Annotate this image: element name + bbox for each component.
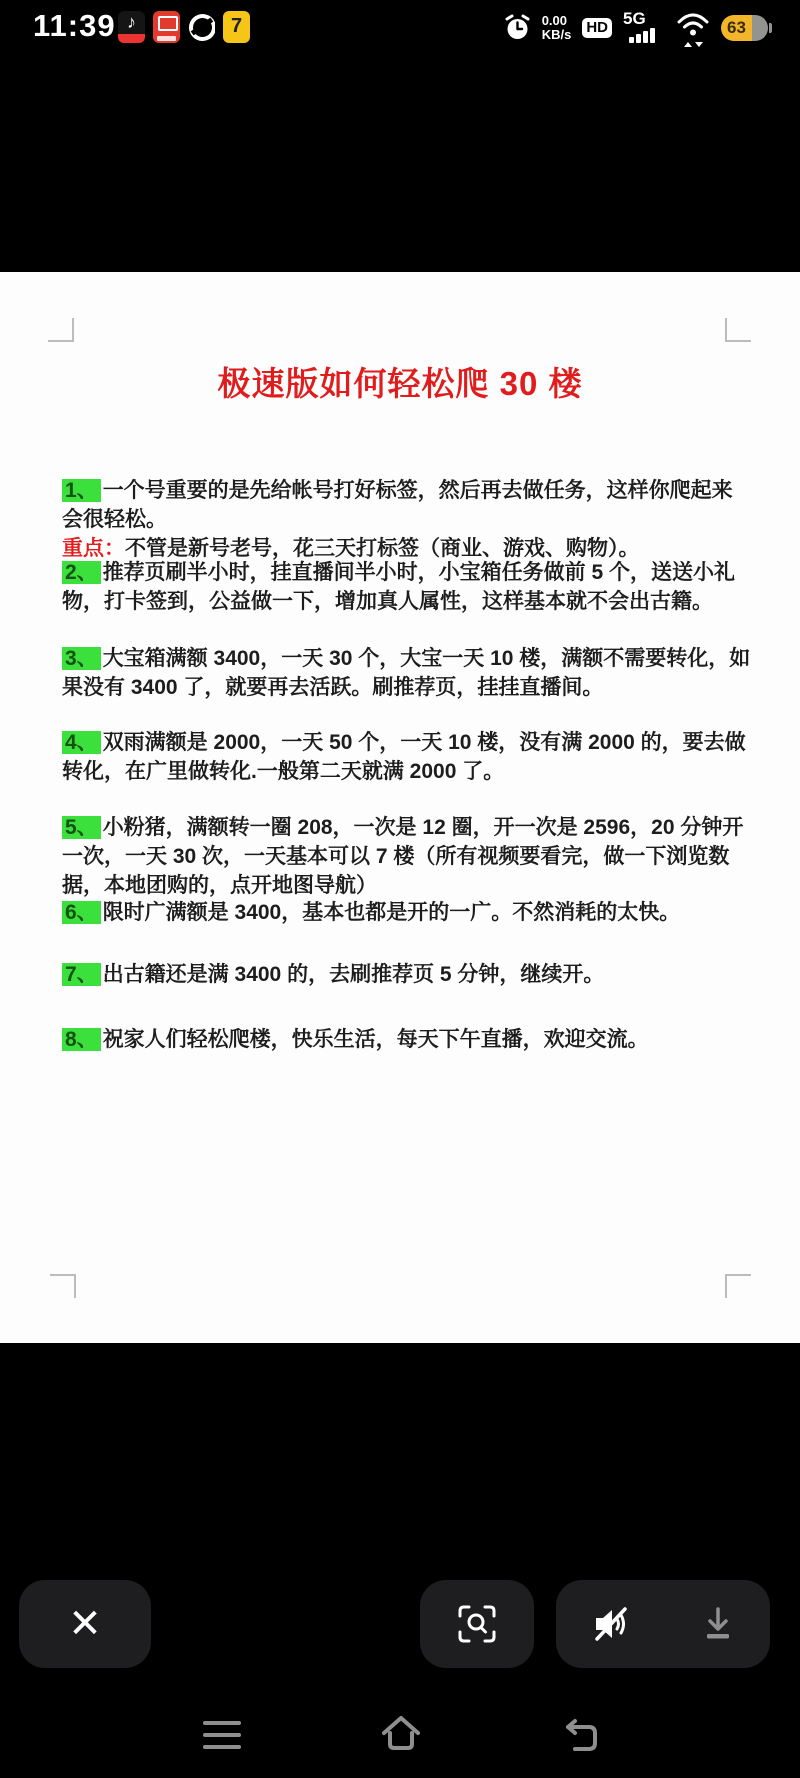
- list-item: 1、一个号重要的是先给帐号打好标签，然后再去做任务，这样你爬起来会很轻松。 重点…: [62, 476, 752, 563]
- battery-indicator: 63: [721, 15, 772, 41]
- seven-app-icon: 7: [223, 11, 250, 43]
- nav-back-button[interactable]: [560, 1718, 602, 1759]
- list-item: 2、推荐页刷半小时，挂直播间半小时，小宝箱任务做前 5 个，送送小礼物，打卡签到…: [62, 558, 752, 616]
- close-icon: ✕: [68, 1604, 102, 1644]
- mute-button[interactable]: [589, 1602, 633, 1646]
- list-item: 6、限时广满额是 3400，基本也都是开的一广。不然消耗的太快。: [62, 898, 752, 927]
- margin-mark-top-left: [48, 318, 74, 342]
- item-text: 一个号重要的是先给帐号打好标签，然后再去做任务，这样你爬起来会很轻松。: [62, 479, 733, 531]
- status-indicators: 0.00 KB/s HD 5G: [504, 0, 772, 55]
- item-number-highlight: 4、: [62, 731, 101, 754]
- douyin-app-icon: ♪: [118, 11, 145, 43]
- item-text: 大宝箱满额 3400，一天 30 个，大宝一天 10 楼，满额不需要转化，如果没…: [62, 647, 750, 699]
- image-search-button[interactable]: [420, 1580, 534, 1668]
- close-button[interactable]: ✕: [19, 1580, 151, 1668]
- list-item: 4、双雨满额是 2000，一天 50 个，一天 10 楼，没有满 2000 的，…: [62, 728, 752, 786]
- item-text: 限时广满额是 3400，基本也都是开的一广。不然消耗的太快。: [103, 901, 681, 924]
- list-item: 7、出古籍还是满 3400 的，去刷推荐页 5 分钟，继续开。: [62, 960, 752, 989]
- margin-mark-top-right: [725, 318, 751, 342]
- alarm-clock-icon: [504, 14, 531, 42]
- image-search-icon: [455, 1602, 499, 1646]
- list-item: 3、大宝箱满额 3400，一天 30 个，大宝一天 10 楼，满额不需要转化，如…: [62, 644, 752, 702]
- wifi-icon: [676, 11, 710, 45]
- ring-app-icon: [188, 11, 215, 43]
- item-number-highlight: 8、: [62, 1028, 101, 1051]
- mute-icon: [589, 1602, 633, 1646]
- back-icon: [560, 1718, 602, 1754]
- hd-badge: HD: [582, 18, 612, 38]
- page-title: 极速版如何轻松爬 30 楼: [0, 358, 800, 405]
- network-speed: 0.00 KB/s: [542, 14, 572, 42]
- document-image[interactable]: 极速版如何轻松爬 30 楼 1、一个号重要的是先给帐号打好标签，然后再去做任务，…: [0, 272, 800, 1343]
- hamburger-menu-icon: [203, 1721, 241, 1725]
- home-icon: [378, 1714, 424, 1754]
- item-number-highlight: 5、: [62, 816, 101, 839]
- clock-time: 11:39: [33, 8, 116, 44]
- item-number-highlight: 2、: [62, 561, 101, 584]
- wifi-traffic-arrows: [684, 42, 703, 47]
- media-controls: [556, 1580, 770, 1668]
- item-text: 出古籍还是满 3400 的，去刷推荐页 5 分钟，继续开。: [103, 963, 605, 986]
- download-icon: [699, 1604, 737, 1644]
- item-number-highlight: 7、: [62, 963, 101, 986]
- item-number-highlight: 1、: [62, 479, 101, 502]
- nav-home-button[interactable]: [378, 1714, 424, 1759]
- cellular-signal-icon: 5G: [623, 11, 665, 45]
- list-item: 8、祝家人们轻松爬楼，快乐生活，每天下午直播，欢迎交流。: [62, 1025, 752, 1054]
- battery-level: 63: [721, 15, 752, 41]
- video-app-icon: [153, 11, 180, 43]
- item-number-highlight: 3、: [62, 647, 101, 670]
- margin-mark-bottom-left: [50, 1274, 76, 1298]
- margin-mark-bottom-right: [725, 1274, 751, 1298]
- item-text: 推荐页刷半小时，挂直播间半小时，小宝箱任务做前 5 个，送送小礼物，打卡签到，公…: [62, 561, 735, 613]
- item-number-highlight: 6、: [62, 901, 101, 924]
- list-item: 5、小粉猪，满额转一圈 208，一次是 12 圈，开一次是 2596，20 分钟…: [62, 813, 752, 900]
- phone-screen: 11:39 ♪ 7 0.00: [0, 0, 800, 1778]
- nav-menu-button[interactable]: [203, 1721, 241, 1749]
- item-text: 祝家人们轻松爬楼，快乐生活，每天下午直播，欢迎交流。: [103, 1028, 649, 1051]
- item-text: 双雨满额是 2000，一天 50 个，一天 10 楼，没有满 2000 的，要去…: [62, 731, 746, 783]
- item-text: 小粉猪，满额转一圈 208，一次是 12 圈，开一次是 2596，20 分钟开一…: [62, 816, 743, 897]
- status-bar: 11:39 ♪ 7 0.00: [0, 0, 800, 55]
- notification-icons: ♪ 7: [118, 11, 250, 43]
- download-button[interactable]: [699, 1604, 737, 1644]
